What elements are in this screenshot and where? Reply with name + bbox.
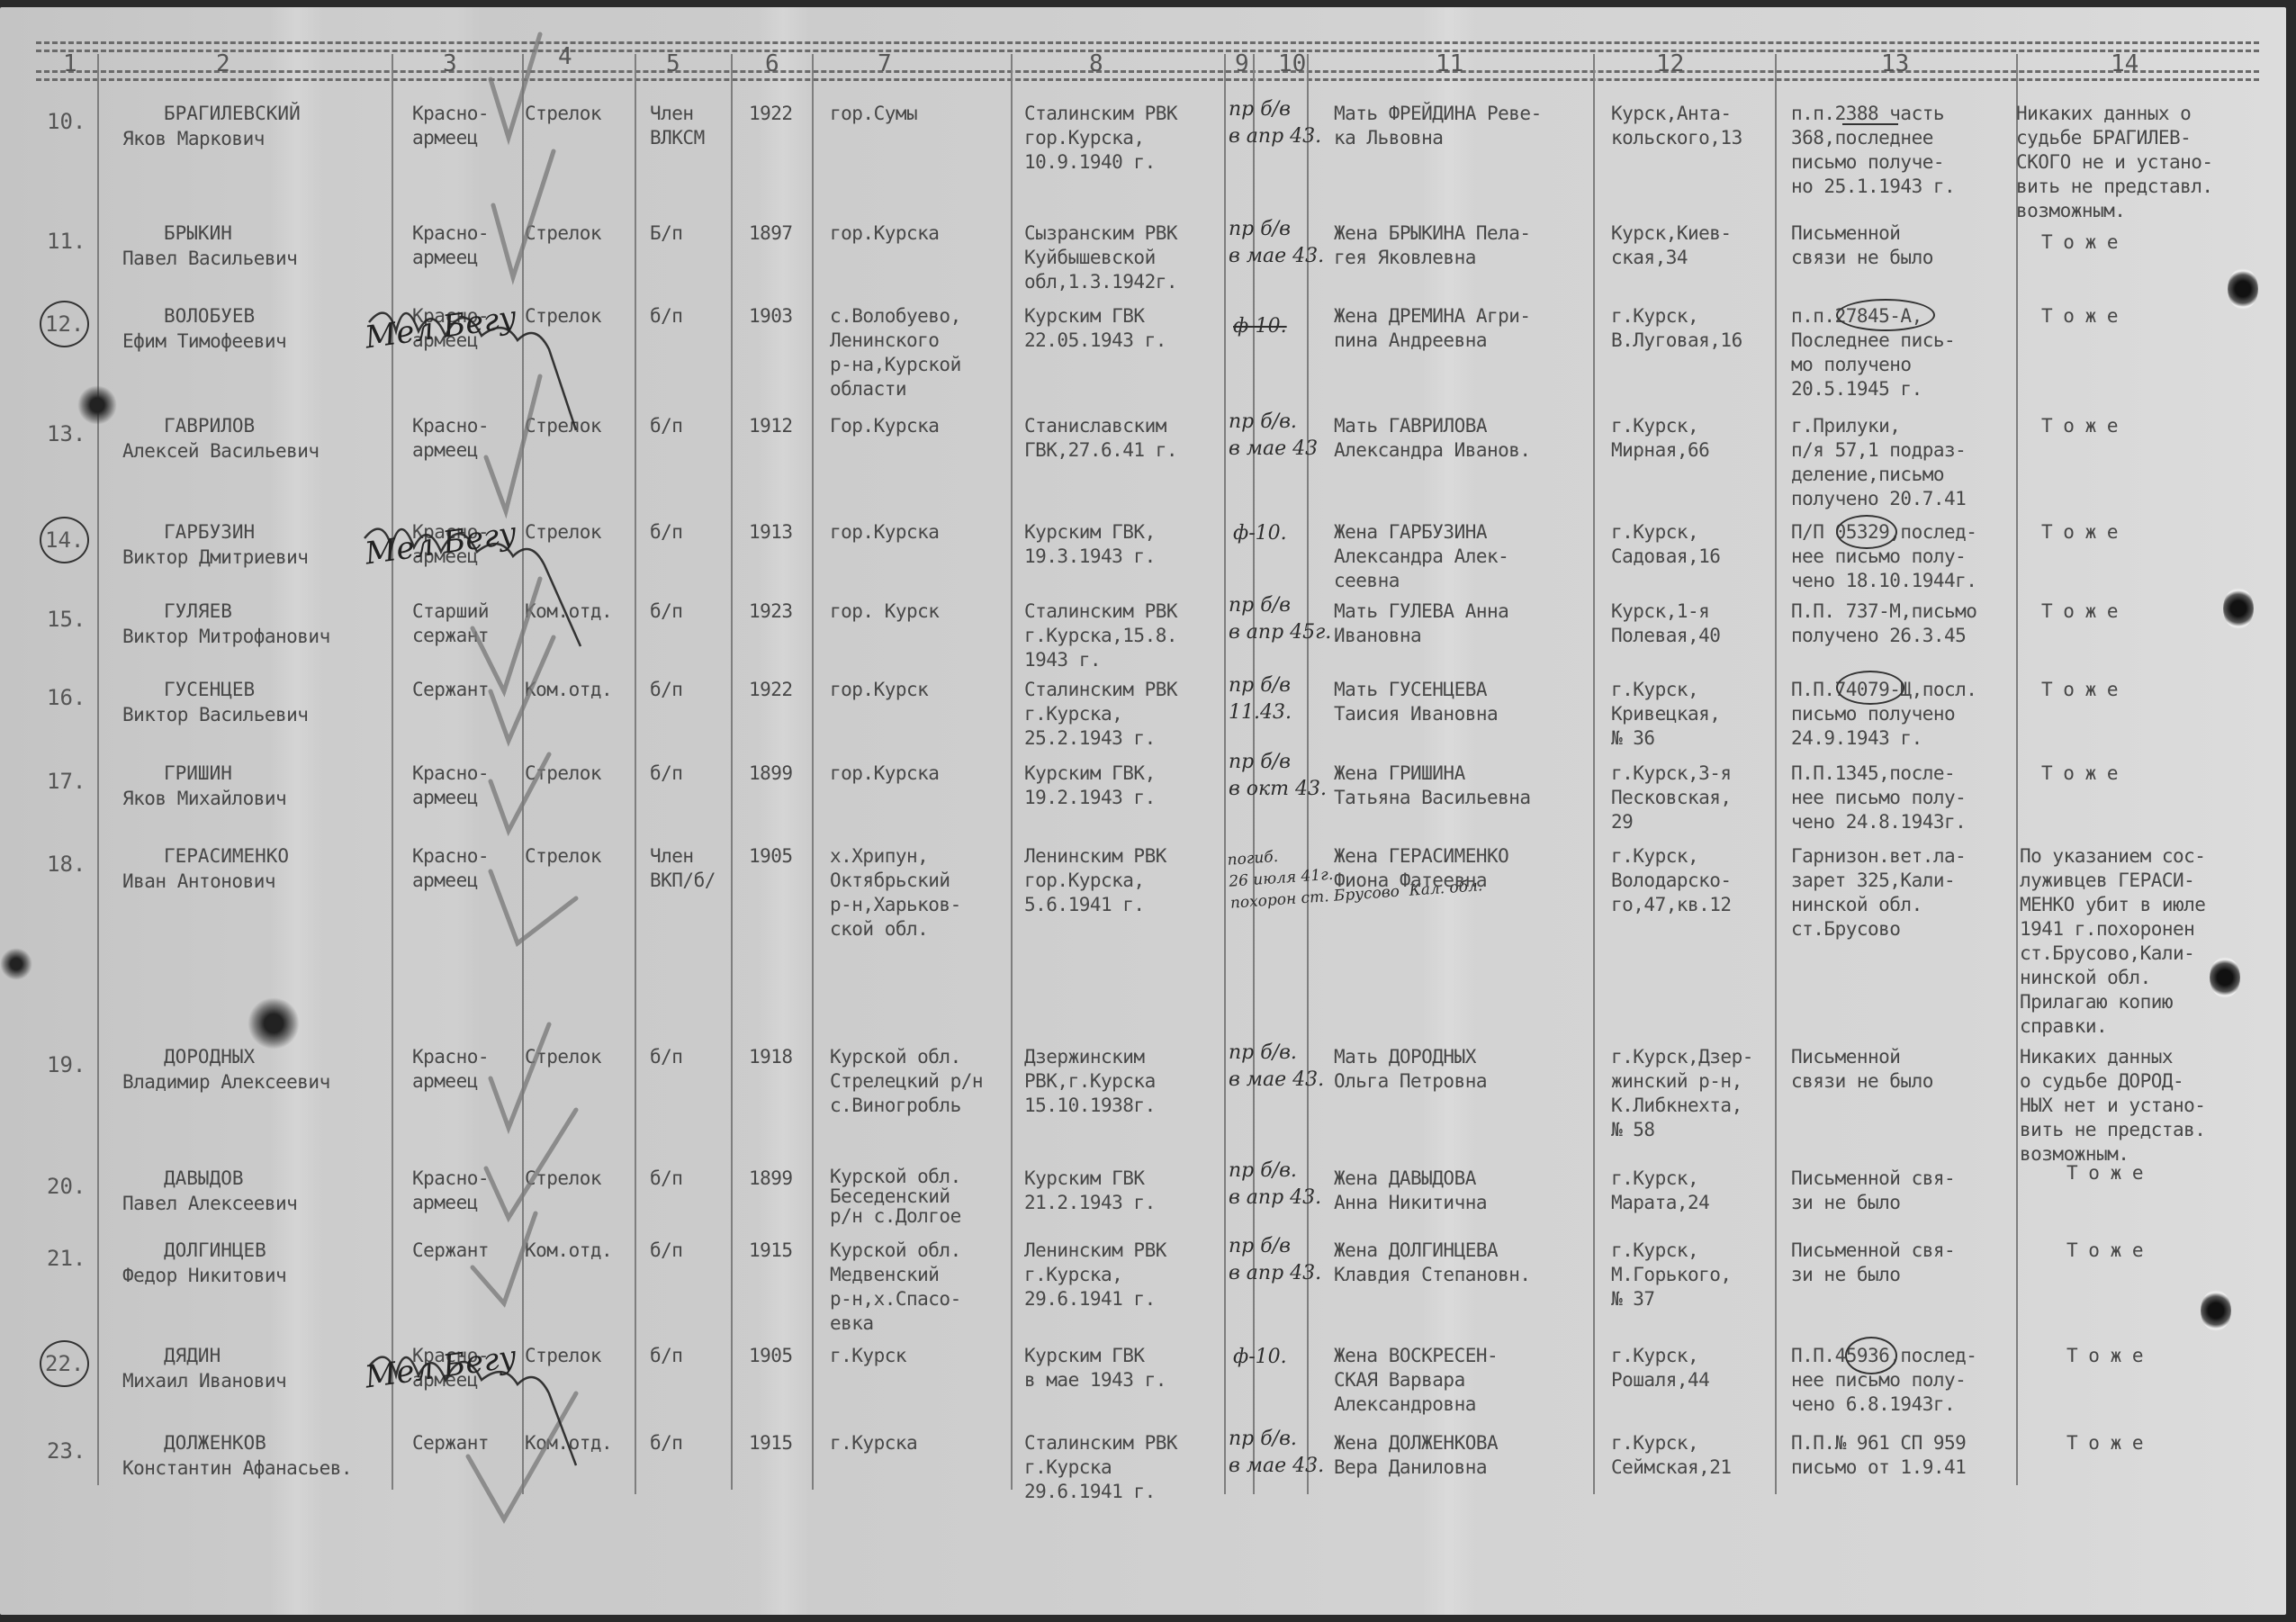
surname: ДОЛЖЕНКОВ (164, 1431, 266, 1455)
handwritten-note: пр б/в в окт 43. (1229, 749, 1327, 803)
relative: Жена ГАРБУЗИНА Александра Алек- сеевна (1334, 520, 1508, 593)
birthplace: гор. Курск (830, 599, 939, 624)
draft-office: Сталинским РВК гор.Курска, 10.9.1940 г. (1024, 102, 1177, 175)
row-number: 20. (47, 1174, 86, 1199)
handwritten-note: пр б/в в апр 43. (1229, 1233, 1321, 1287)
remarks: Никаких данных о судьбе БРАГИЛЕВ- СКОГО … (2016, 102, 2213, 223)
position: Стрелок (525, 304, 601, 329)
handwritten-note: пр б/в. в апр 43. (1229, 1158, 1321, 1212)
document-page: 1 2 3 4 5 6 7 8 9 10 11 12 13 14 10. БРА… (0, 7, 2286, 1615)
col-10-label: 10 (1278, 50, 1306, 77)
address: г.Курск, Мирная,66 (1611, 414, 1709, 463)
given-names: Павел Васильевич (122, 247, 297, 271)
surname: ГАВРИЛОВ (164, 414, 255, 438)
remarks: Т о ж е (2041, 414, 2118, 438)
remarks: Т о ж е (2066, 1431, 2143, 1455)
position: Стрелок (525, 520, 601, 545)
remarks: Т о ж е (2066, 1161, 2143, 1185)
relative: Жена ДОЛЖЕНКОВА Вера Даниловна (1334, 1431, 1498, 1480)
paper-hole (2210, 957, 2240, 998)
birth-year: 1915 (749, 1431, 793, 1455)
rank: Сержант (412, 678, 489, 702)
surname: ДАВЫДОВ (164, 1167, 244, 1191)
birth-year: 1922 (749, 102, 793, 126)
last-contact: Письменной свя- зи не было (1791, 1167, 1955, 1215)
handwritten-note: пр б/в в мае 43. (1229, 216, 1324, 270)
relative: Жена ГРИШИНА Татьяна Васильевна (1334, 761, 1531, 810)
underline-mark (1842, 123, 1898, 125)
col-13-label: 13 (1881, 50, 1909, 77)
col-2-label: 2 (216, 50, 230, 77)
rank: Сержант (412, 1239, 489, 1263)
party-status: Б/п (650, 221, 682, 246)
row-number: 14. (47, 527, 89, 553)
relative: Жена ВОСКРЕСЕН- СКАЯ Варвара Александров… (1334, 1344, 1498, 1417)
given-names: Иван Антонович (122, 870, 275, 894)
last-contact: П.П.1345,после- нее письмо полу- чено 24… (1791, 761, 1966, 834)
birth-year: 1899 (749, 761, 793, 786)
rank: Сержант (412, 1431, 489, 1455)
col-rule (522, 54, 524, 1494)
col-3-label: 3 (443, 50, 457, 77)
paper-hole (2201, 1290, 2231, 1331)
address: Курск,Киев- ская,34 (1611, 221, 1732, 270)
draft-office: Курским ГВК 22.05.1943 г. (1024, 304, 1166, 353)
position: Ком.отд. (525, 1431, 612, 1455)
position: Стрелок (525, 221, 601, 246)
draft-office: Сызранским РВК Куйбышевской обл,1.3.1942… (1024, 221, 1177, 294)
remarks: Т о ж е (2041, 230, 2118, 255)
position: Стрелок (525, 414, 601, 438)
given-names: Яков Маркович (122, 127, 265, 151)
party-status: б/п (650, 761, 682, 786)
address: г.Курск, Рошаля,44 (1611, 1344, 1709, 1392)
rank: Старший сержант (412, 599, 489, 648)
last-contact: П.П.№ 961 СП 959 письмо от 1.9.41 (1791, 1431, 1966, 1480)
col-1-label: 1 (63, 50, 77, 77)
col-4-label: 4 (558, 43, 572, 70)
party-status: б/п (650, 304, 682, 329)
col-8-label: 8 (1089, 50, 1103, 77)
col-rule (812, 54, 814, 1490)
birth-year: 1922 (749, 678, 793, 702)
address: г.Курск,3-я Песковская, 29 (1611, 761, 1732, 834)
draft-office: Курским ГВК в мае 1943 г. (1024, 1344, 1166, 1392)
given-names: Федор Никитович (122, 1264, 286, 1288)
col-rule (2016, 54, 2018, 1485)
circled-row-number: 14. (40, 517, 89, 563)
handwritten-note: пр б/в. в мае 43. (1229, 1426, 1324, 1480)
handwritten-note: пр б/в в апр 43. (1229, 96, 1321, 150)
col-7-label: 7 (878, 50, 892, 77)
handwritten-note: ф-10. (1233, 1344, 1287, 1371)
last-contact: г.Прилуки, п/я 57,1 подраз- деление,пись… (1791, 414, 1966, 511)
relative: Жена ДРЕМИНА Агри- пина Андреевна (1334, 304, 1531, 353)
birthplace: гор.Курск (830, 678, 928, 702)
draft-office: Ленинским РВК гор.Курска, 5.6.1941 г. (1024, 844, 1166, 917)
row-number: 19. (47, 1052, 86, 1077)
position: Стрелок (525, 1344, 601, 1368)
rank: Красно- армеец (412, 1045, 489, 1094)
handwritten-note: ф-10. (1233, 313, 1287, 340)
address: Курск,1-я Полевая,40 (1611, 599, 1720, 648)
birthplace: г.Курска (830, 1431, 917, 1455)
address: г.Курск, Садовая,16 (1611, 520, 1720, 569)
given-names: Яков Михайлович (122, 787, 286, 811)
rank: Красно- армеец (412, 1167, 489, 1215)
birth-year: 1905 (749, 1344, 793, 1368)
birthplace: гор.Курска (830, 221, 939, 246)
given-names: Ефим Тимофеевич (122, 329, 286, 354)
birthplace: Курской обл. Стрелецкий р/н с.Виногробль (830, 1045, 983, 1118)
draft-office: Курским ГВК 21.2.1943 г. (1024, 1167, 1156, 1215)
birthplace: Курской обл. Беседенский р/н с.Долгое (830, 1167, 961, 1226)
col-9-label: 9 (1235, 50, 1249, 77)
given-names: Виктор Васильевич (122, 703, 308, 727)
surname: ДЯДИН (164, 1344, 221, 1368)
col-rule (1011, 54, 1013, 1490)
birthplace: гор.Курска (830, 761, 939, 786)
draft-office: Сталинским РВК г.Курска, 25.2.1943 г. (1024, 678, 1177, 751)
col-12-label: 12 (1656, 50, 1684, 77)
row-number: 18. (47, 852, 86, 877)
col-rule (1224, 54, 1226, 1494)
remarks: Т о ж е (2041, 599, 2118, 624)
birth-year: 1915 (749, 1239, 793, 1263)
party-status: б/п (650, 599, 682, 624)
row-number: 10. (47, 109, 86, 134)
remarks: Т о ж е (2066, 1344, 2143, 1368)
surname: ГЕРАСИМЕНКО (164, 844, 289, 869)
last-contact: Письменной связи не было (1791, 1045, 1933, 1094)
relative: Жена ДАВЫДОВА Анна Никитична (1334, 1167, 1487, 1215)
draft-office: Станиславским ГВК,27.6.41 г. (1024, 414, 1177, 463)
header-rule-top (36, 41, 2259, 52)
address: г.Курск, Кривецкая, № 36 (1611, 678, 1720, 751)
last-contact: Гарнизон.вет.ла- зарет 325,Кали- нинской… (1791, 844, 1966, 942)
given-names: Михаил Иванович (122, 1369, 286, 1393)
surname: ГУЛЯЕВ (164, 599, 232, 624)
birth-year: 1923 (749, 599, 793, 624)
party-status: б/п (650, 1167, 682, 1191)
col-14-label: 14 (2111, 50, 2138, 77)
birthplace: г.Курск (830, 1344, 906, 1368)
col-6-label: 6 (765, 50, 779, 77)
party-status: б/п (650, 678, 682, 702)
last-contact: Письменной свя- зи не было (1791, 1239, 1955, 1287)
paper-fold (756, 7, 810, 1615)
circle-mark (1845, 1337, 1897, 1374)
remarks: По указанием сос- луживцев ГЕРАСИ- МЕНКО… (2020, 844, 2205, 1039)
given-names: Константин Афанасьев. (122, 1456, 352, 1481)
crossed-circle-mark (1836, 671, 1904, 705)
birth-year: 1918 (749, 1045, 793, 1069)
row-number: 21. (47, 1246, 86, 1271)
draft-office: Курским ГВК, 19.3.1943 г. (1024, 520, 1156, 569)
paper-hole (2228, 268, 2258, 310)
position: Стрелок (525, 761, 601, 786)
draft-office: Сталинским РВК г.Курска,15.8. 1943 г. (1024, 599, 1177, 672)
surname: БРЫКИН (164, 221, 232, 246)
col-5-label: 5 (666, 50, 680, 77)
address: г.Курск, Сеймская,21 (1611, 1431, 1732, 1480)
rank: Красно- армеец (412, 761, 489, 810)
position: Стрелок (525, 102, 601, 126)
surname: ГАРБУЗИН (164, 520, 255, 545)
ink-blot (77, 385, 117, 425)
row-number: 11. (47, 229, 86, 254)
position: Ком.отд. (525, 678, 612, 702)
position: Стрелок (525, 1045, 601, 1069)
paper-hole (2223, 588, 2254, 629)
ink-blot (0, 948, 32, 980)
circle-mark (1836, 515, 1897, 549)
last-contact: П.П. 737-М,письмо получено 26.3.45 (1791, 599, 1976, 648)
ink-blot (248, 997, 300, 1050)
relative: Мать ДОРОДНЫХ Ольга Петровна (1334, 1045, 1487, 1094)
row-number: 17. (47, 769, 86, 794)
party-status: б/п (650, 1045, 682, 1069)
birthplace: гор.Сумы (830, 102, 917, 126)
surname: ДОРОДНЫХ (164, 1045, 255, 1069)
last-contact: Письменной связи не было (1791, 221, 1933, 270)
given-names: Виктор Митрофанович (122, 625, 330, 649)
circled-row-number: 12. (40, 301, 89, 347)
remarks: Т о ж е (2041, 520, 2118, 545)
birth-year: 1897 (749, 221, 793, 246)
party-status: б/п (650, 520, 682, 545)
relative: Жена ДОЛГИНЦЕВА Клавдия Степановн. (1334, 1239, 1531, 1287)
address: г.Курск, Марата,24 (1611, 1167, 1709, 1215)
surname: ДОЛГИНЦЕВ (164, 1239, 266, 1263)
birth-year: 1905 (749, 844, 793, 869)
party-status: б/п (650, 1344, 682, 1368)
remarks: Никаких данных о судьбе ДОРОД- НЫХ нет и… (2020, 1045, 2205, 1167)
given-names: Павел Алексеевич (122, 1192, 297, 1216)
rank: Красно- армеец (412, 844, 489, 893)
relative: Жена БРЫКИНА Пела- гея Яковлевна (1334, 221, 1531, 270)
party-status: Член ВКП/б/ (650, 844, 716, 893)
col-rule (1593, 54, 1595, 1494)
party-status: Член ВЛКСМ (650, 102, 705, 150)
col-rule (97, 54, 99, 1485)
address: Курск,Анта- кольского,13 (1611, 102, 1742, 150)
relative: Мать ГАВРИЛОВА Александра Иванов. (1334, 414, 1531, 463)
handwritten-note: ф-10. (1233, 520, 1287, 547)
party-status: б/п (650, 1431, 682, 1455)
row-number: 15. (47, 607, 86, 632)
handwritten-note: пр б/в в апр 45г. (1229, 592, 1331, 646)
handwritten-note: пр б/в. в мае 43. (1229, 1040, 1324, 1094)
birthplace: х.Хрипун, Октябрьский р-н,Харьков- ской … (830, 844, 961, 942)
relative: Жена ГЕРАСИМЕНКО Фиона Фатеевна (1334, 844, 1508, 893)
given-names: Владимир Алексеевич (122, 1070, 330, 1095)
row-number: 23. (47, 1438, 86, 1464)
birth-year: 1913 (749, 520, 793, 545)
birthplace: Курской обл. Медвенский р-н,х.Спасо- евк… (830, 1239, 961, 1336)
relative: Мать ФРЕЙДИНА Реве- ка Львовна (1334, 102, 1542, 150)
address: г.Курск, Володарско- го,47,кв.12 (1611, 844, 1732, 917)
position: Ком.отд. (525, 1239, 612, 1263)
draft-office: Дзержинским РВК,г.Курска 15.10.1938г. (1024, 1045, 1156, 1118)
address: г.Курск,Дзер- жинский р-н, К.Либкнехта, … (1611, 1045, 1753, 1142)
birthplace: гор.Курска (830, 520, 939, 545)
row-number: 12. (47, 311, 89, 337)
surname: ГУСЕНЦЕВ (164, 678, 255, 702)
remarks: Т о ж е (2041, 304, 2118, 329)
relative: Мать ГУСЕНЦЕВА Таисия Ивановна (1334, 678, 1498, 726)
address: г.Курск, М.Горького, № 37 (1611, 1239, 1732, 1311)
surname: БРАГИЛЕВСКИЙ (164, 102, 301, 126)
header-rule-bottom (36, 70, 2259, 81)
rank: Красно- армеец (412, 414, 489, 463)
handwritten-note: пр б/в 11.43. (1229, 672, 1292, 726)
party-status: б/п (650, 414, 682, 438)
rank: Красно- армеец (412, 221, 489, 270)
row-number: 22. (47, 1351, 89, 1376)
col-rule (731, 54, 733, 1490)
col-rule (1775, 54, 1777, 1494)
remarks: Т о ж е (2041, 761, 2118, 786)
draft-office: Ленинским РВК г.Курска, 29.6.1941 г. (1024, 1239, 1166, 1311)
birthplace: Гор.Курска (830, 414, 939, 438)
remarks: Т о ж е (2066, 1239, 2143, 1263)
rank: Красно- армеец (412, 102, 489, 150)
last-contact: п.п.2388 часть 368,последнее письмо полу… (1791, 102, 1955, 199)
draft-office: Курским ГВК, 19.2.1943 г. (1024, 761, 1156, 810)
draft-office: Сталинским РВК г.Курска 29.6.1941 г. (1024, 1431, 1177, 1504)
surname: ГРИШИН (164, 761, 232, 786)
col-rule (392, 54, 393, 1490)
handwritten-note: пр б/в. в мае 43 (1229, 409, 1318, 463)
position: Стрелок (525, 1167, 601, 1191)
row-number: 16. (47, 685, 86, 710)
party-status: б/п (650, 1239, 682, 1263)
given-names: Виктор Дмитриевич (122, 545, 308, 570)
position: Стрелок (525, 844, 601, 869)
circle-mark (1836, 299, 1935, 331)
position: Ком.отд. (525, 599, 612, 624)
birth-year: 1912 (749, 414, 793, 438)
circled-row-number: 22. (40, 1340, 89, 1387)
row-number: 13. (47, 421, 86, 446)
address: г.Курск, В.Луговая,16 (1611, 304, 1742, 353)
relative: Мать ГУЛЕВА Анна Ивановна (1334, 599, 1508, 648)
col-11-label: 11 (1436, 50, 1463, 77)
birth-year: 1903 (749, 304, 793, 329)
col-rule (635, 54, 636, 1494)
birthplace: с.Волобуево, Ленинского р-на,Курской обл… (830, 304, 961, 401)
remarks: Т о ж е (2041, 678, 2118, 702)
birth-year: 1899 (749, 1167, 793, 1191)
surname: ВОЛОБУЕВ (164, 304, 255, 329)
given-names: Алексей Васильевич (122, 439, 320, 464)
